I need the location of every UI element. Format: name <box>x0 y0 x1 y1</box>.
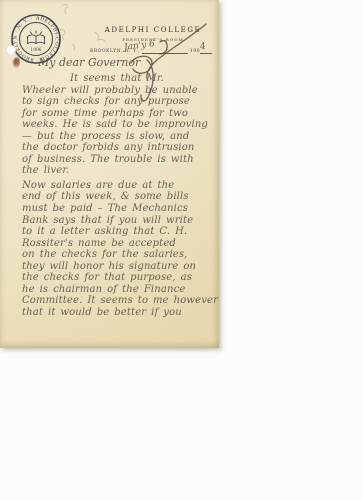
handwritten-line: for some time perhaps for two <box>22 108 218 120</box>
letter-paper: ADELPHI COLLEGE · BROOKLYN · N. Y. · ADE… <box>0 0 219 348</box>
handwritten-line: must be paid – The Mechanics <box>22 203 218 215</box>
handwritten-line: to sign checks for any purpose <box>22 96 218 108</box>
handwritten-line: of business. The trouble is with <box>22 154 218 166</box>
letter-paragraph: It seems that Mr.Wheeler will probably b… <box>22 73 218 177</box>
handwritten-line: Wheeler will probably be unable <box>22 85 218 97</box>
handwritten-line: on the checks for the salaries, <box>22 249 218 261</box>
handwritten-line: end of this week, & some bills <box>22 191 218 203</box>
handwritten-line: Bank says that if you will write <box>22 215 218 227</box>
seal-center-year: 1896 <box>30 48 41 53</box>
handwritten-line: weeks. He is said to be improving <box>22 119 218 131</box>
letter-paragraph: Now salaries are due at theend of this w… <box>22 180 218 319</box>
scanned-letter-page: ADELPHI COLLEGE · BROOKLYN · N. Y. · ADE… <box>0 0 363 500</box>
handwritten-line: he is chairman of the Finance <box>22 284 218 296</box>
punch-hole <box>6 45 16 55</box>
handwritten-line: Rossiter's name be accepted <box>22 238 218 250</box>
handwritten-line: It seems that Mr. <box>70 73 218 85</box>
handwritten-line: the liver. <box>22 165 218 177</box>
dateline-year-printed: 190 <box>190 49 200 54</box>
letter-body: It seems that Mr.Wheeler will probably b… <box>22 73 218 318</box>
handwritten-line: — but the process is slow, and <box>22 131 218 143</box>
open-book-icon <box>28 31 45 44</box>
ink-stain <box>13 57 20 68</box>
handwritten-line: to it a letter asking that C. H. <box>22 226 218 238</box>
handwritten-line: that it would be better if you <box>22 307 218 319</box>
handwritten-line: Committee. It seems to me however <box>22 295 218 307</box>
handwritten-line: the doctor forbids any intrusion <box>22 142 218 154</box>
handwritten-line: they will honor his signature on <box>22 261 218 273</box>
handwritten-year-digit: 4 <box>199 42 206 53</box>
handwritten-line: the checks for that purpose, as <box>22 272 218 284</box>
letterhead-college-name: Adelphi College <box>92 26 214 34</box>
salutation: My dear Governor <box>38 56 140 69</box>
handwritten-line: Now salaries are due at the <box>22 180 218 192</box>
